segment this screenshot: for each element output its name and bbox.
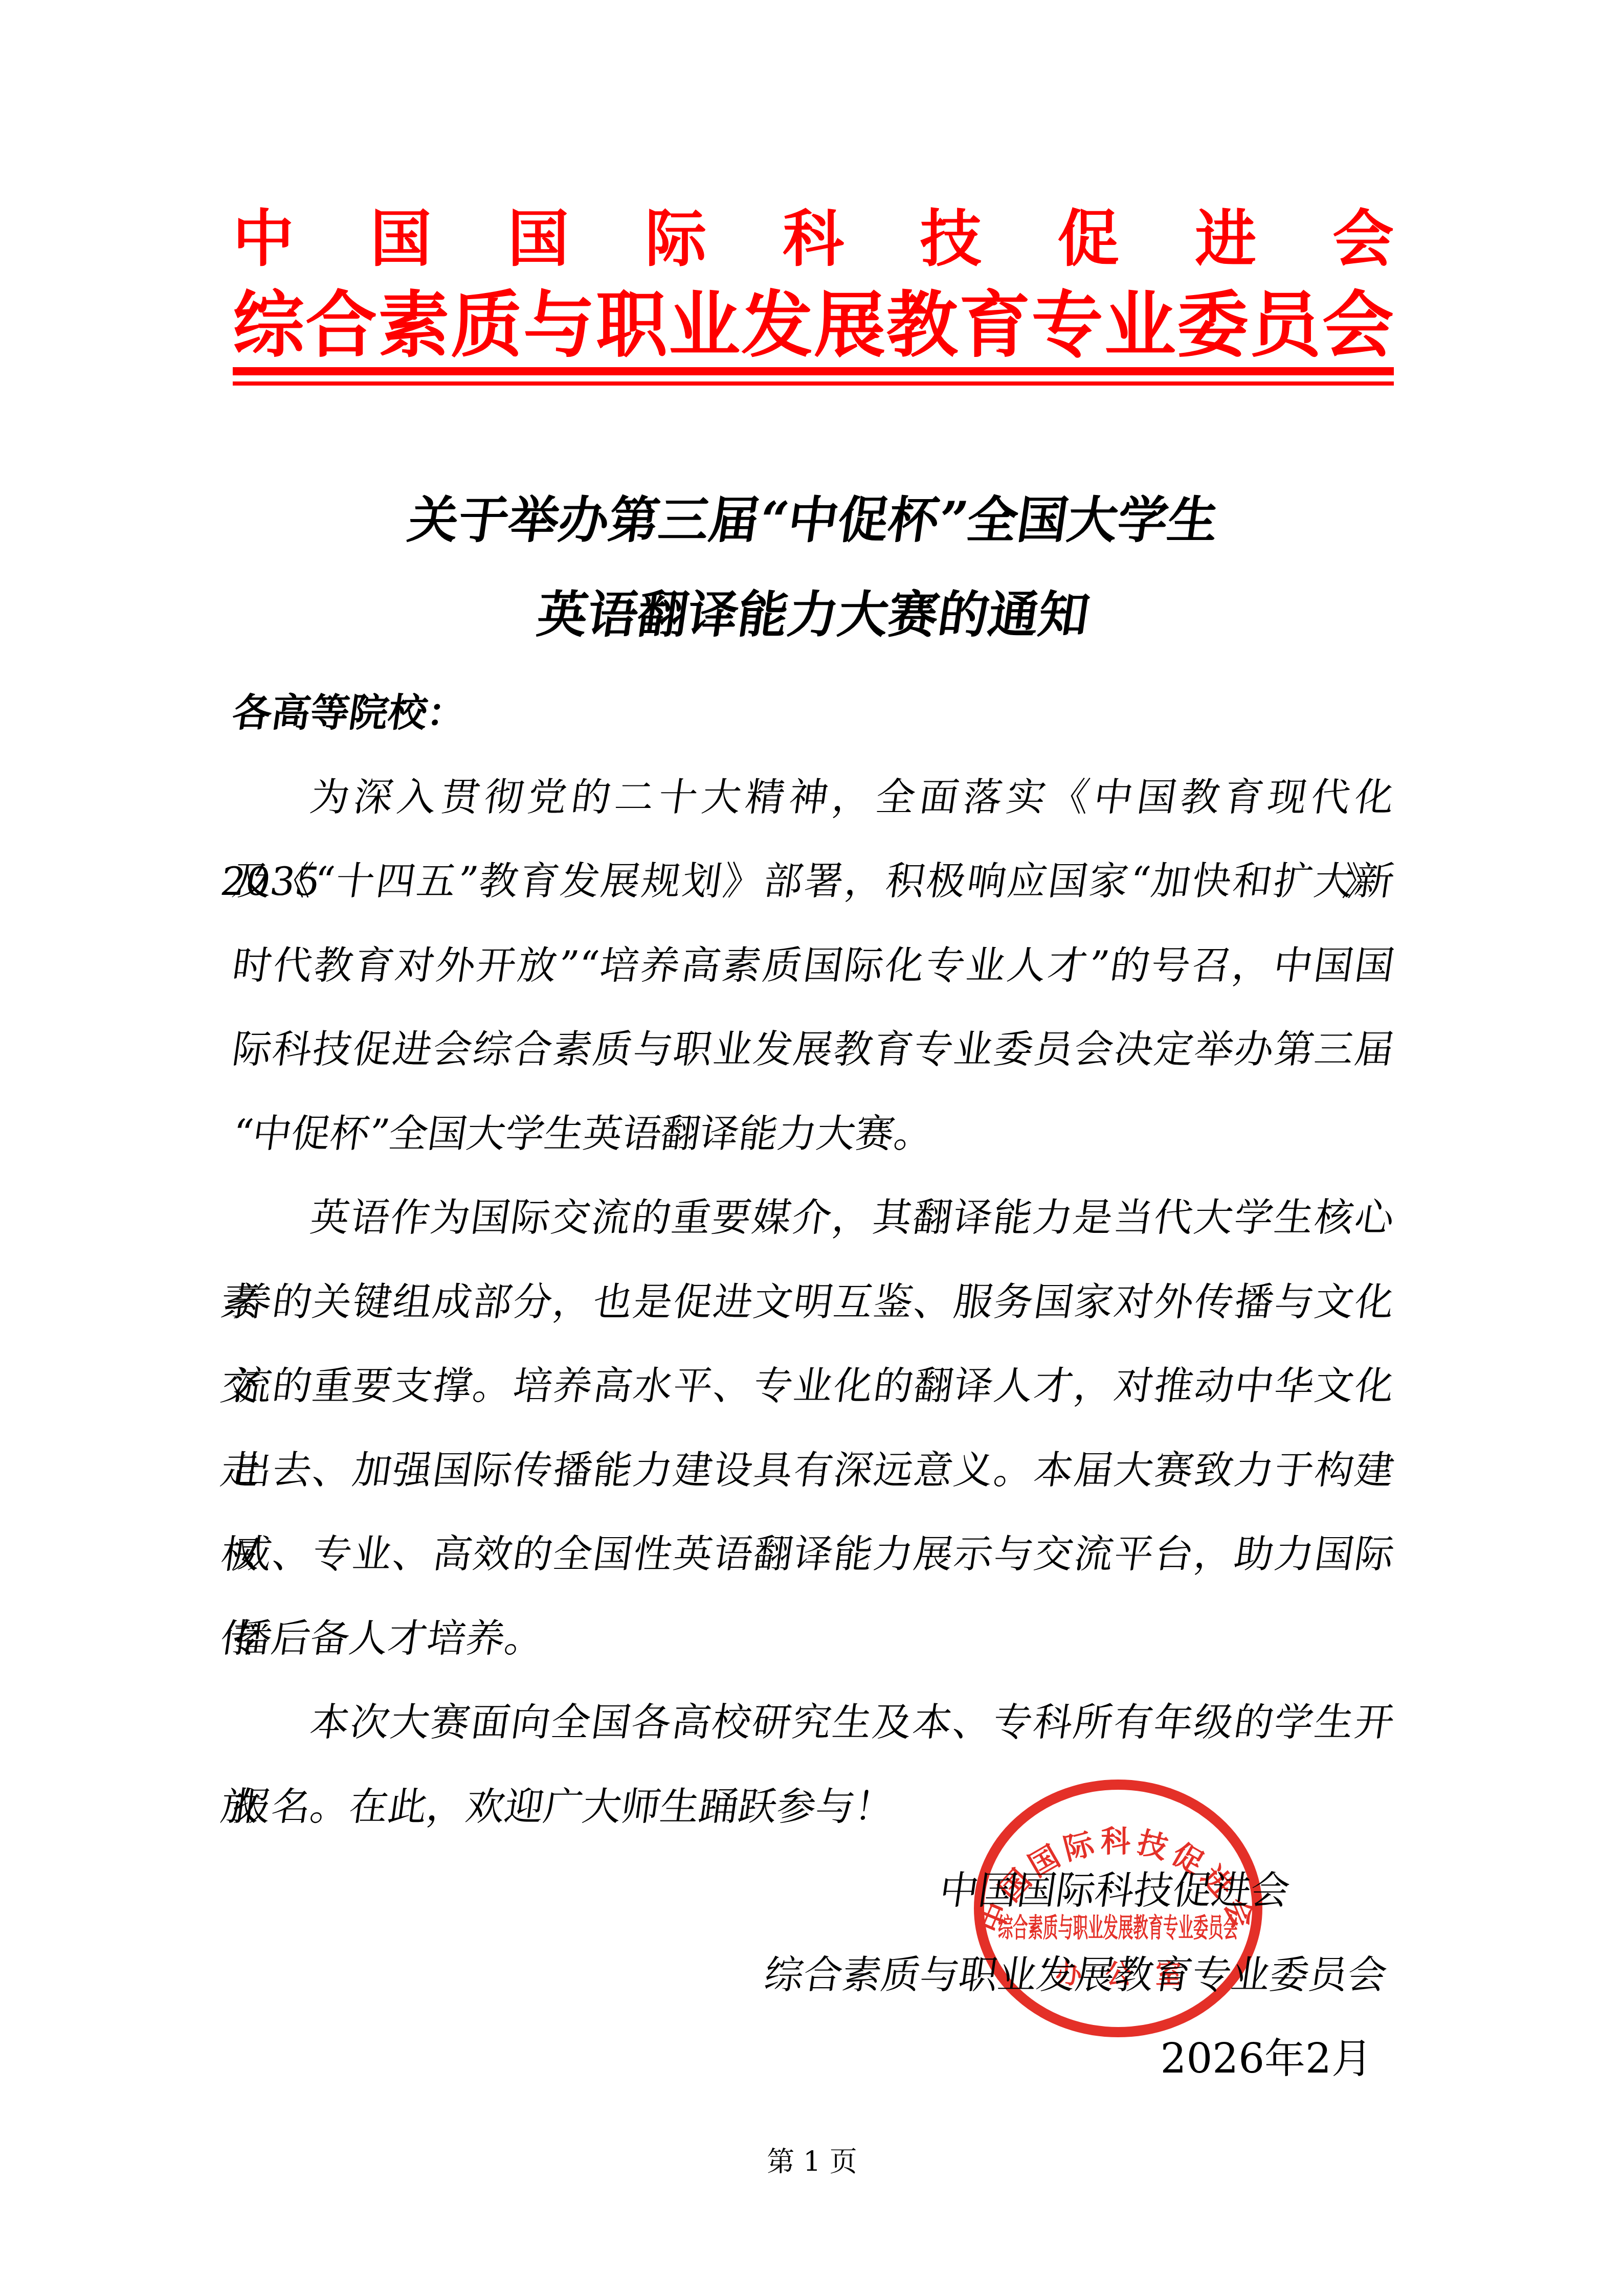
paragraph-1-line: “中促杯”全国大学生英语翻译能力大赛。 xyxy=(227,1092,1399,1176)
page-number-label: 第 1 页 xyxy=(767,2146,857,2178)
salutation: 各高等院校： xyxy=(227,671,1399,755)
letterhead-rule-thick xyxy=(233,367,1394,375)
paragraph-1-line: 时代教育对外开放”“培养高素质国际化专业人才”的号召，中国国 xyxy=(227,924,1399,1008)
paragraph-1-line: 及《“十四五”教育发展规划》部署，积极响应国家“加快和扩大新 xyxy=(227,839,1399,924)
paragraph-2-line: 播后备人才培养。 xyxy=(227,1596,1399,1681)
stamp-office-text: 办公室 xyxy=(1055,1959,1206,1990)
letterhead-rule-thin xyxy=(233,381,1394,386)
stamp-border xyxy=(979,1785,1257,2032)
document-title-line2: 英语翻译能力大赛的通知 xyxy=(226,568,1400,662)
paragraph-1-line: 为深入贯彻党的二十大精神，全面落实《中国教育现代化2035》 xyxy=(227,755,1399,840)
document-page: 中国国际科技促进会 综合素质与职业发展教育专业委员会 关于举办第三届“中促杯”全… xyxy=(0,0,1624,2296)
paragraph-2-line: 流的重要支撑。培养高水平、专业化的翻译人才，对推动中华文化走 xyxy=(227,1344,1399,1428)
official-stamp: 中国国际科技促进会 综合素质与职业发展教育专业委员会 办公室 xyxy=(967,1774,1270,2043)
paragraph-2-line: 威、专业、高效的全国性英语翻译能力展示与交流平台，助力国际传 xyxy=(227,1512,1399,1596)
paragraph-1-line: 际科技促进会综合素质与职业发展教育专业委员会决定举办第三届 xyxy=(227,1007,1399,1092)
page-footer: 第 1 页 xyxy=(0,2140,1624,2179)
paragraph-3-line: 本次大赛面向全国各高校研究生及本、专科所有年级的学生开放 xyxy=(227,1680,1399,1765)
letterhead-org-name-line2: 综合素质与职业发展教育专业委员会 xyxy=(233,284,1394,366)
paragraph-2-line: 养的关键组成部分，也是促进文明互鉴、服务国家对外传播与文化交 xyxy=(227,1260,1399,1344)
document-title-line1: 关于举办第三届“中促杯”全国大学生 xyxy=(226,473,1400,568)
paragraph-2-line: 出去、加强国际传播能力建设具有深远意义。本届大赛致力于构建权 xyxy=(227,1428,1399,1513)
letterhead-org-name-line1: 中国国际科技促进会 xyxy=(233,204,1394,275)
stamp-center-text: 综合素质与职业发展教育专业委员会 xyxy=(998,1912,1238,1944)
document-title: 关于举办第三届“中促杯”全国大学生 英语翻译能力大赛的通知 xyxy=(233,473,1394,662)
paragraph-2-line: 英语作为国际交流的重要媒介，其翻译能力是当代大学生核心素 xyxy=(227,1176,1399,1260)
